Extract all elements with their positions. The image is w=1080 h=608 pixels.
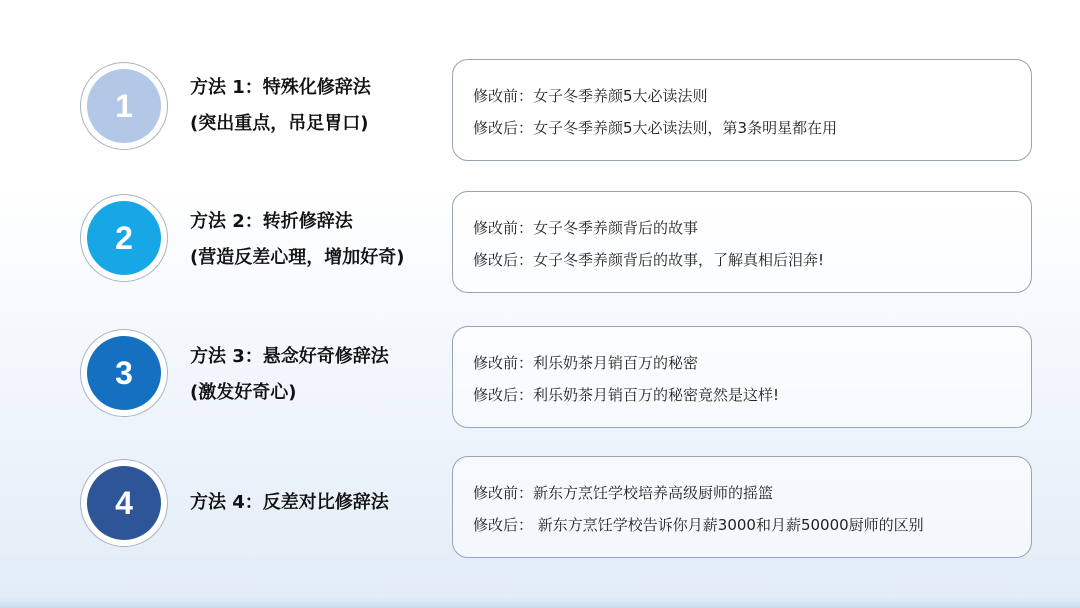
number-badge-2: 2 (80, 194, 168, 282)
number-label: 3 (115, 355, 133, 392)
number-badge-fill: 3 (87, 336, 161, 410)
number-badge-fill: 4 (87, 466, 161, 540)
after-text: 修改后：女子冬季养颜5大必读法则，第3条明星都在用 (473, 112, 1031, 144)
method-title: 方法 1：特殊化修辞法 (190, 70, 371, 106)
method-title-block: 方法 1：特殊化修辞法 (突出重点，吊足胃口) (190, 70, 371, 142)
method-title: 方法 4：反差对比修辞法 (190, 485, 389, 521)
example-box: 修改前：女子冬季养颜背后的故事 修改后：女子冬季养颜背后的故事，了解真相后泪奔! (452, 191, 1032, 293)
after-text: 修改后：利乐奶茶月销百万的秘密竟然是这样! (473, 379, 1031, 411)
method-row-2: 2 方法 2：转折修辞法 (营造反差心理，增加好奇) 修改前：女子冬季养颜背后的… (0, 186, 1080, 290)
number-badge-fill: 2 (87, 201, 161, 275)
example-box: 修改前：利乐奶茶月销百万的秘密 修改后：利乐奶茶月销百万的秘密竟然是这样! (452, 326, 1032, 428)
number-label: 2 (115, 220, 133, 257)
method-subtitle: (激发好奇心) (190, 375, 389, 411)
number-label: 1 (115, 88, 133, 125)
after-text: 修改后：女子冬季养颜背后的故事，了解真相后泪奔! (473, 244, 1031, 276)
example-box: 修改前：女子冬季养颜5大必读法则 修改后：女子冬季养颜5大必读法则，第3条明星都… (452, 59, 1032, 161)
method-title: 方法 3：悬念好奇修辞法 (190, 339, 389, 375)
method-title-block: 方法 4：反差对比修辞法 (190, 485, 389, 521)
method-title-block: 方法 3：悬念好奇修辞法 (激发好奇心) (190, 339, 389, 411)
method-row-3: 3 方法 3：悬念好奇修辞法 (激发好奇心) 修改前：利乐奶茶月销百万的秘密 修… (0, 321, 1080, 425)
before-text: 修改前：女子冬季养颜5大必读法则 (473, 80, 1031, 112)
method-title-block: 方法 2：转折修辞法 (营造反差心理，增加好奇) (190, 204, 404, 276)
after-text: 修改后： 新东方烹饪学校告诉你月薪3000和月薪50000厨师的区别 (473, 509, 1031, 541)
number-badge-1: 1 (80, 62, 168, 150)
before-text: 修改前：女子冬季养颜背后的故事 (473, 212, 1031, 244)
method-row-1: 1 方法 1：特殊化修辞法 (突出重点，吊足胃口) 修改前：女子冬季养颜5大必读… (0, 54, 1080, 158)
method-subtitle: (突出重点，吊足胃口) (190, 106, 371, 142)
number-badge-fill: 1 (87, 69, 161, 143)
before-text: 修改前：利乐奶茶月销百万的秘密 (473, 347, 1031, 379)
number-badge-4: 4 (80, 459, 168, 547)
bottom-band (0, 598, 1080, 608)
method-row-4: 4 方法 4：反差对比修辞法 修改前：新东方烹饪学校培养高级厨师的摇篮 修改后：… (0, 451, 1080, 555)
method-subtitle: (营造反差心理，增加好奇) (190, 240, 404, 276)
before-text: 修改前：新东方烹饪学校培养高级厨师的摇篮 (473, 477, 1031, 509)
example-box: 修改前：新东方烹饪学校培养高级厨师的摇篮 修改后： 新东方烹饪学校告诉你月薪30… (452, 456, 1032, 558)
number-label: 4 (115, 485, 133, 522)
method-title: 方法 2：转折修辞法 (190, 204, 404, 240)
number-badge-3: 3 (80, 329, 168, 417)
